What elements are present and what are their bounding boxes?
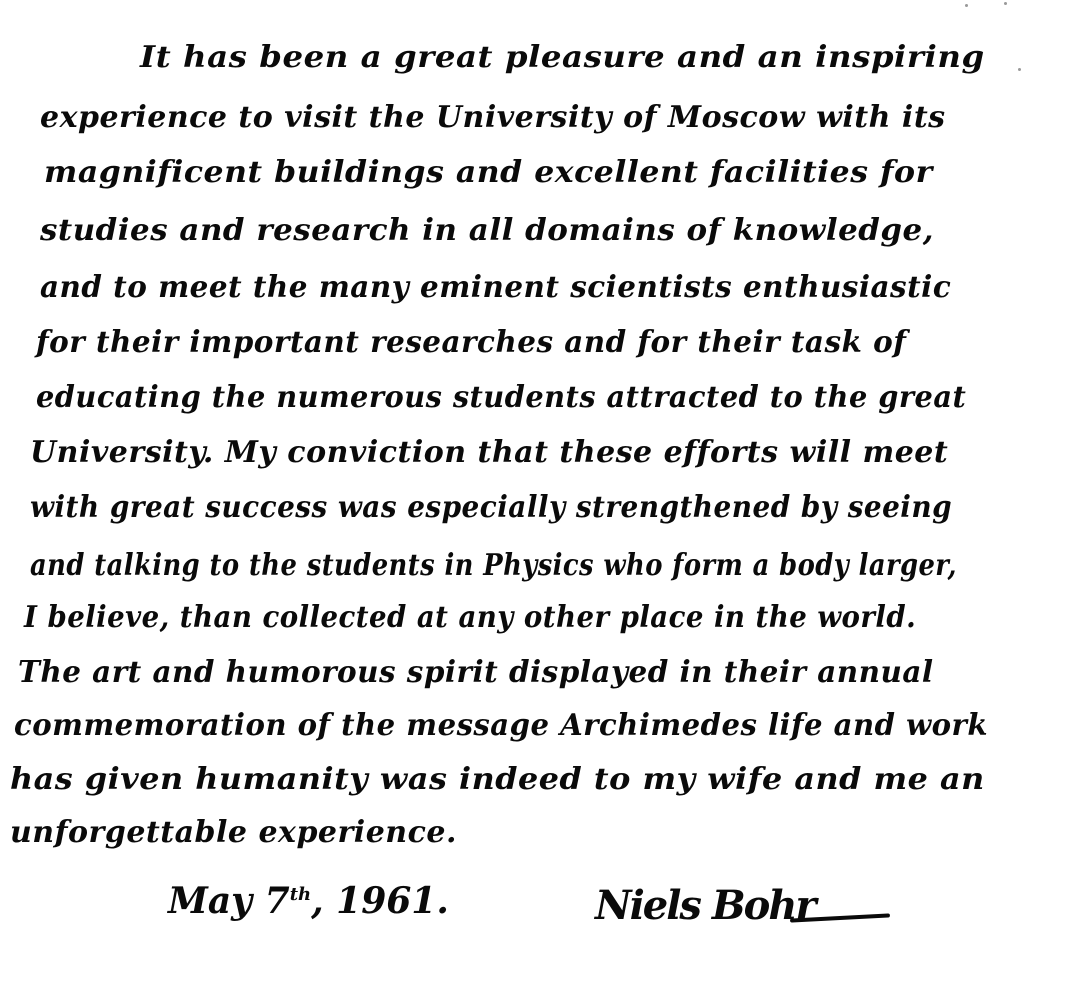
paper-speck: [965, 4, 968, 7]
letter-line-12: The art and humorous spirit displayed in…: [18, 655, 934, 690]
signature: Niels Bohr: [595, 882, 815, 929]
letter-line-13: commemoration of the message Archimedes …: [14, 708, 988, 743]
letter-date: May 7th, 1961.: [168, 880, 449, 922]
letter-line-5: and to meet the many eminent scientists …: [40, 270, 951, 305]
paper-speck: [1018, 68, 1021, 71]
letter-line-10: and talking to the students in Physics w…: [30, 548, 957, 583]
letter-line-1: It has been a great pleasure and an insp…: [140, 40, 985, 75]
date-month-day: May 7: [168, 880, 290, 922]
letter-line-6: for their important researches and for t…: [36, 325, 906, 360]
letter-line-2: experience to visit the University of Mo…: [40, 100, 946, 135]
letter-line-14: has given humanity was indeed to my wife…: [10, 762, 985, 797]
date-suffix: th: [290, 884, 311, 905]
letter-line-9: with great success was especially streng…: [30, 490, 952, 525]
letter-line-15: unforgettable experience.: [10, 815, 457, 850]
letter-line-4: studies and research in all domains of k…: [40, 213, 934, 248]
letter-page: It has been a great pleasure and an insp…: [0, 0, 1067, 982]
date-year: , 1961.: [311, 880, 449, 922]
letter-line-11: I believe, than collected at any other p…: [24, 600, 916, 635]
paper-speck: [1004, 2, 1007, 5]
letter-line-3: magnificent buildings and excellent faci…: [44, 155, 933, 190]
letter-line-8: University. My conviction that these eff…: [30, 435, 948, 470]
letter-line-7: educating the numerous students attracte…: [36, 380, 966, 415]
